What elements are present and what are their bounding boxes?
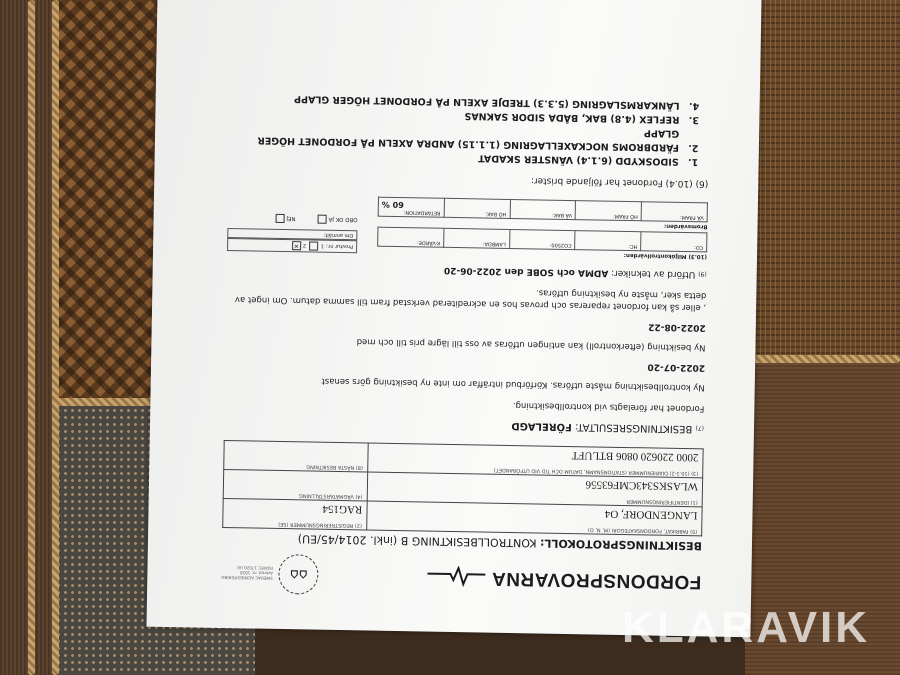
brand-name: FORDONSPROVARNA bbox=[491, 567, 701, 593]
rope-border bbox=[28, 0, 35, 675]
checkbox-obd-ja bbox=[317, 215, 326, 224]
swedac-logo-icon: ⌂⌂ bbox=[278, 554, 319, 595]
followup-date: 2022-08-22 bbox=[226, 314, 706, 332]
checkbox-provtur-2-checked: ✕ bbox=[292, 241, 301, 250]
result-text: Fordonet har förelagts vid kontrollbesik… bbox=[224, 394, 704, 414]
rope-border bbox=[730, 355, 900, 363]
test-drive-box: Provtur nr.: 1 2✕ Om anmält: OBD OK JA N… bbox=[227, 194, 358, 253]
technician-line: (9) Utförd av tekniker: ADMA och SOBE de… bbox=[227, 261, 707, 279]
faults-heading: (6) (10.4) Fordonet har följande brister… bbox=[228, 170, 708, 188]
brand-logo: FORDONSPROVARNA bbox=[427, 566, 701, 593]
klaravik-watermark: KLARAVIK bbox=[622, 604, 870, 652]
technician-value: ADMA och SOBE den 2022-06-20 bbox=[444, 265, 609, 278]
rope-border bbox=[52, 0, 59, 675]
registration-number-value: RAG154 bbox=[322, 503, 362, 516]
vin-value: WLASKS343CMF63556 bbox=[585, 478, 698, 492]
diary-number-value: 2000 220620 0806 BTLUFT bbox=[572, 449, 699, 463]
inspection-result: (7) BESIKTNINGSRESULTAT: FÖRELAGD bbox=[224, 415, 704, 434]
vehicle-info-table: (5) FABRIKAT, FORDONSKATEGORI (M, N, O)L… bbox=[222, 440, 703, 536]
background-burlap bbox=[745, 0, 900, 360]
reinspection-text: Ny kontrollbesiktning måste utföras. Kör… bbox=[225, 373, 705, 393]
checkbox-obd-nej bbox=[275, 214, 284, 223]
result-value: FÖRELAGD bbox=[511, 420, 572, 432]
followup-text: Ny besiktning (efterkontroll) kan anting… bbox=[225, 333, 705, 353]
repair-text: , eller så kan fordonet repareras och pr… bbox=[226, 281, 706, 313]
make-category-value: LANGENDORF, O4 bbox=[605, 508, 698, 522]
faults-list: SIDOSKYDD (6.1.4) VÄNSTER SKADAT FÄRDBRO… bbox=[229, 90, 710, 168]
checkbox-provtur-1 bbox=[310, 241, 319, 250]
accreditation-text: SWEDAC ACKREDITERING bbox=[221, 575, 273, 581]
swedac-stamp: ⌂⌂ SWEDAC ACKREDITERING Ackred. nr. 1828… bbox=[221, 553, 319, 595]
deadline-date: 2022-07-20 bbox=[225, 354, 705, 372]
heartbeat-icon bbox=[427, 566, 485, 589]
retardation-value: 60 % bbox=[382, 200, 441, 210]
inspection-protocol-paper: FORDONSPROVARNA ⌂⌂ SWEDAC ACKREDITERING … bbox=[146, 0, 761, 637]
